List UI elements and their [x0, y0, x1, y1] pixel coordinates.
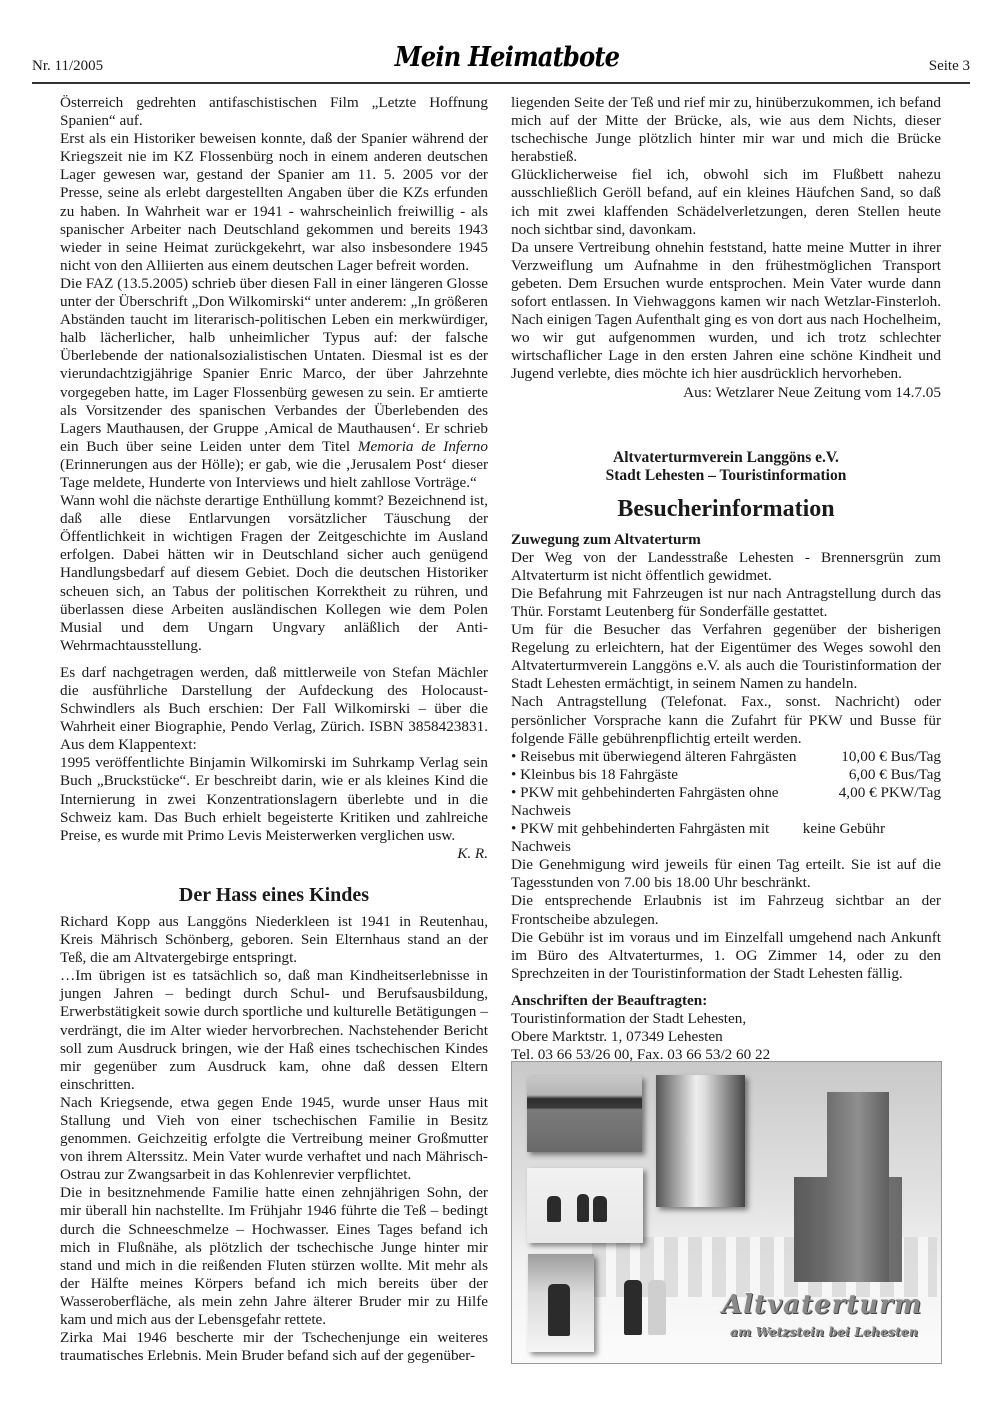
- paragraph: Glücklicherweise fiel ich, obwohl sich i…: [511, 166, 941, 238]
- right-column: liegenden Seite der Teß und rief mir zu,…: [511, 94, 941, 1123]
- paragraph: Nach Antragstellung (Telefonat. Fax., so…: [511, 693, 941, 747]
- paragraph: Erst als ein Historiker beweisen konnte,…: [60, 130, 488, 275]
- fee-row: • Kleinbus bis 18 Fahrgäste6,00 € Bus/Ta…: [511, 766, 941, 784]
- walker-figure: [624, 1280, 642, 1335]
- paragraph: Nach Kriegsende, etwa gegen Ende 1945, w…: [60, 1094, 488, 1184]
- postcard-photo: Altvaterturm am Wetzstein bei Lehesten: [511, 1061, 942, 1364]
- fee-row: • Reisebus mit überwiegend älteren Fahrg…: [511, 748, 941, 766]
- org-name-2: Stadt Lehesten – Touristinformation: [511, 467, 941, 485]
- page-header: Nr. 11/2005 Mein Heimatbote Seite 3: [32, 44, 982, 82]
- section-heading: Zuwegung zum Altvaterturm: [511, 531, 941, 549]
- paragraph: Richard Kopp aus Langgöns Niederkleen is…: [60, 913, 488, 967]
- paragraph: Zirka Mai 1946 bescherte mir der Tschech…: [60, 1329, 488, 1365]
- paragraph: liegenden Seite der Teß und rief mir zu,…: [511, 94, 941, 166]
- article-title: Der Hass eines Kindes: [60, 883, 488, 907]
- section-heading: Anschriften der Beauftragten:: [511, 992, 941, 1010]
- photo-skier: [528, 1254, 594, 1352]
- page-number: Seite 3: [929, 58, 970, 75]
- altvaterturm-tower: [827, 1092, 889, 1282]
- left-column: Österreich gedrehten antifaschistischen …: [60, 94, 488, 1365]
- paragraph: 1995 veröffentlichte Binjamin Wilkomirsk…: [60, 754, 488, 844]
- paragraph: Wann wohl die nächste derartige Enthüllu…: [60, 492, 488, 655]
- paragraph: Die Genehmigung wird jeweils für einen T…: [511, 856, 941, 892]
- fee-list: • Reisebus mit überwiegend älteren Fahrg…: [511, 748, 941, 857]
- address-line: Touristinformation der Stadt Lehesten,: [511, 1010, 941, 1028]
- header-rule: [32, 82, 970, 84]
- photo-sledding: [527, 1168, 643, 1243]
- paragraph: Die in besitznehmende Familie hatte eine…: [60, 1184, 488, 1329]
- book-title: Memoria de Inferno: [358, 438, 488, 455]
- masthead-logo: Mein Heimatbote: [80, 42, 935, 73]
- photo-caption-title: Altvaterturm: [722, 1290, 922, 1320]
- paragraph: Um für die Besucher das Verfahren gegenü…: [511, 621, 941, 693]
- paragraph: Österreich gedrehten antifaschistischen …: [60, 94, 488, 130]
- source-credit: Aus: Wetzlarer Neue Zeitung vom 14.7.05: [511, 384, 941, 402]
- paragraph: Die FAZ (13.5.2005) schrieb über diesen …: [60, 275, 488, 492]
- author-signature: K. R.: [60, 845, 488, 863]
- fee-row: • PKW mit gehbehinderten Fahrgästen mit …: [511, 820, 941, 856]
- paragraph: …Im übrigen ist es tatsächlich so, daß m…: [60, 967, 488, 1094]
- paragraph: Da unsere Vertreibung ohnehin feststand,…: [511, 239, 941, 384]
- org-name: Altvaterturmverein Langgöns e.V.: [511, 449, 941, 467]
- fee-row: • PKW mit gehbehinderten Fahrgästen ohne…: [511, 784, 941, 820]
- walker-figure: [648, 1280, 666, 1335]
- paragraph: Es darf nachgetragen werden, daß mittler…: [60, 664, 488, 754]
- photo-forest: [656, 1075, 745, 1207]
- photo-caption-subtitle: am Wetzstein bei Lehesten: [730, 1324, 918, 1339]
- paragraph: Die Befahrung mit Fahrzeugen ist nur nac…: [511, 585, 941, 621]
- paragraph: Die entsprechende Erlaubnis ist im Fahrz…: [511, 892, 941, 928]
- photo-lake: [527, 1076, 642, 1152]
- notice-title: Besucherinformation: [511, 495, 941, 523]
- address-line: Obere Marktstr. 1, 07349 Lehesten: [511, 1028, 941, 1046]
- paragraph: Die Gebühr ist im voraus und im Einzelfa…: [511, 929, 941, 983]
- visitor-notice: Altvaterturmverein Langgöns e.V. Stadt L…: [511, 449, 941, 1123]
- paragraph: Der Weg von der Landesstraße Lehesten - …: [511, 549, 941, 585]
